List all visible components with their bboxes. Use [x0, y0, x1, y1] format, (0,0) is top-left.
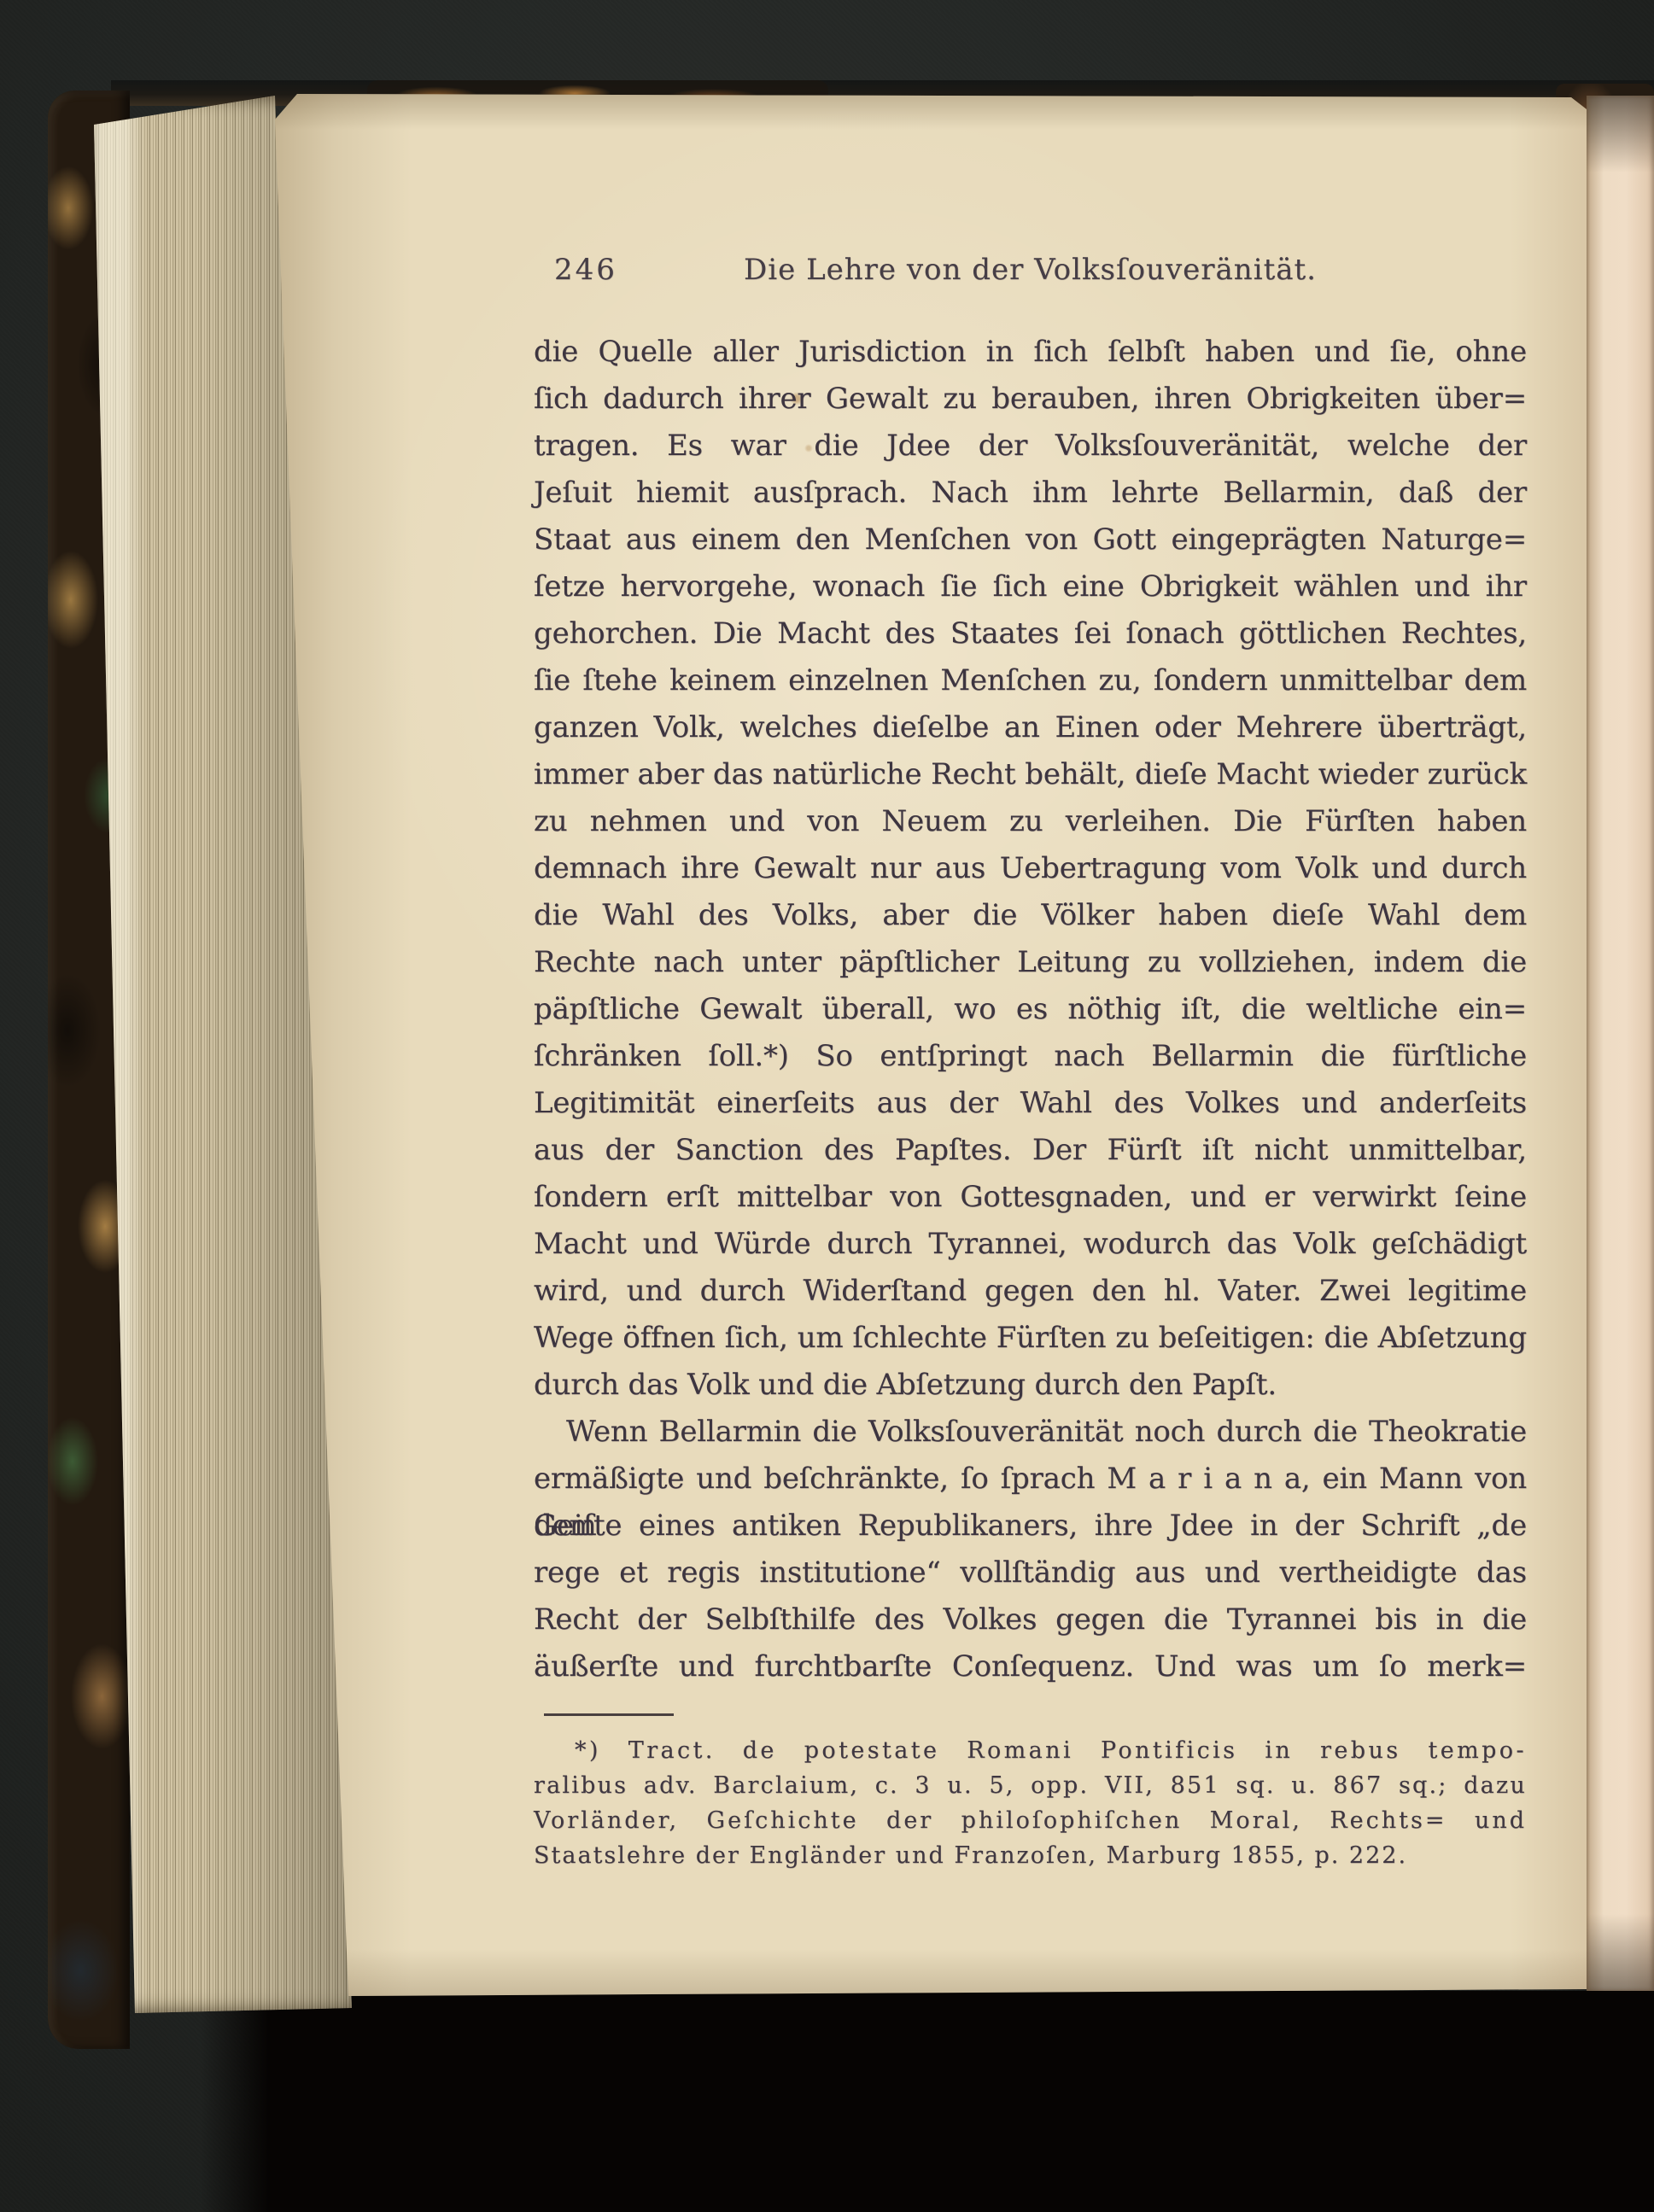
body-line: aus der Sanction des Papſtes. Der Fürſt …: [534, 1127, 1527, 1174]
body-line: Wege öffnen ſich, um ſchlechte Fürſten z…: [534, 1315, 1527, 1362]
body-line: tragen. Es war die Jdee der Volksſouverä…: [534, 423, 1527, 470]
book-page: 246 Die Lehre von der Volksſouveränität.…: [275, 94, 1587, 1996]
body-line: ganzen Volk, welches dieſelbe an Einen o…: [534, 704, 1527, 751]
body-line: wird, und durch Widerſtand gegen den hl.…: [534, 1268, 1527, 1315]
footnote-line: ralibus adv. Barclaium, c. 3 u. 5, opp. …: [534, 1768, 1527, 1803]
body-line: Geiſte eines antiken Republikaners, ihre…: [534, 1503, 1527, 1550]
body-line: Staat aus einem den Menſchen von Gott ei…: [534, 517, 1527, 563]
footnote-line: Staatslehre der Engländer und Franzoſen,…: [534, 1838, 1527, 1873]
page-header: 246 Die Lehre von der Volksſouveränität.: [534, 249, 1527, 290]
body-line: Recht der Selbſthilfe des Volkes gegen d…: [534, 1596, 1527, 1643]
body-line: Legitimität einerſeits aus der Wahl des …: [534, 1080, 1527, 1127]
running-title: Die Lehre von der Volksſouveränität.: [744, 253, 1317, 287]
body-line: die Quelle aller Jurisdiction in ſich ſe…: [534, 329, 1527, 376]
body-line: gehorchen. Die Macht des Staates ſei ſon…: [534, 610, 1527, 657]
body-text: die Quelle aller Jurisdiction in ſich ſe…: [534, 329, 1527, 1690]
body-line: Rechte nach unter päpſtlicher Leitung zu…: [534, 939, 1527, 986]
gutter-fold: [1587, 96, 1654, 1991]
body-line: die Wahl des Volks, aber die Völker habe…: [534, 892, 1527, 939]
body-line: ſchränken ſoll.*) So entſpringt nach Bel…: [534, 1033, 1527, 1080]
body-line: päpſtliche Gewalt überall, wo es nöthig …: [534, 986, 1527, 1033]
footnote-line: *) Tract. de potestate Romani Pontificis…: [534, 1733, 1527, 1768]
book-bottom-shadow: [201, 1991, 1654, 2212]
body-line: ſie ſtehe keinem einzelnen Menſchen zu, …: [534, 657, 1527, 704]
book-photograph: 246 Die Lehre von der Volksſouveränität.…: [0, 0, 1654, 2212]
body-line: Macht und Würde durch Tyrannei, wodurch …: [534, 1221, 1527, 1268]
body-line: ſondern erſt mittelbar von Gottesgnaden,…: [534, 1174, 1527, 1221]
footnote-rule: [544, 1713, 674, 1716]
body-line: durch das Volk und die Abſetzung durch d…: [534, 1362, 1527, 1409]
footnote: *) Tract. de potestate Romani Pontificis…: [534, 1733, 1527, 1873]
body-line: rege et regis institutione“ vollſtändig …: [534, 1550, 1527, 1596]
body-line: äußerſte und furchtbarſte Conſequenz. Un…: [534, 1643, 1527, 1690]
body-line: Jeſuit hiemit ausſprach. Nach ihm lehrte…: [534, 470, 1527, 517]
body-line: ſetze hervorgehe, wonach ſie ſich eine O…: [534, 563, 1527, 610]
body-line: immer aber das natürliche Recht behält, …: [534, 751, 1527, 798]
body-line: ermäßigte und beſchränkte, ſo ſprach M a…: [534, 1456, 1527, 1503]
footnote-line: Vorländer, Geſchichte der philoſophiſche…: [534, 1803, 1527, 1838]
body-line: Wenn Bellarmin die Volksſouveränität noc…: [534, 1409, 1527, 1456]
body-line: zu nehmen und von Neuem zu verleihen. Di…: [534, 798, 1527, 845]
page-number: 246: [554, 249, 617, 290]
body-line: demnach ihre Gewalt nur aus Uebertragung…: [534, 845, 1527, 892]
body-line: ſich dadurch ihrer Gewalt zu berauben, i…: [534, 376, 1527, 423]
